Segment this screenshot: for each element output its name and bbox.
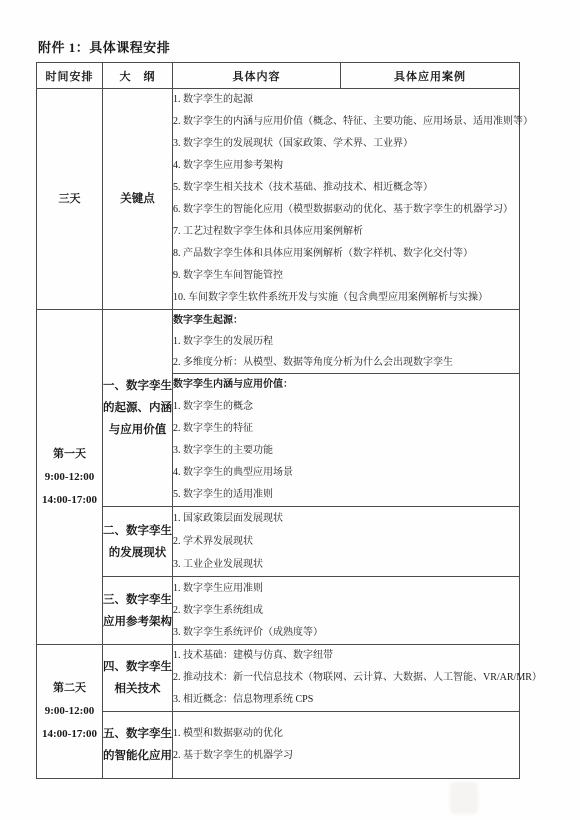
header-row: 时间安排 大 纲 具体内容 具体应用案例 (37, 63, 520, 89)
content-cell-technology: 1. 技术基础：建模与仿真、数字纽带 2. 推动技术：新一代信息技术（物联网、云… (173, 645, 520, 712)
content-item: 1. 数字孪生应用准则 (173, 578, 519, 600)
content-item: 3. 工业企业发展现状 (173, 553, 519, 576)
table-row: 三天 关键点 1. 数字孪生的起源 2. 数字孪生的内涵与应用价值（概念、特征、… (37, 89, 520, 310)
watermark (450, 782, 478, 814)
content-item: 4. 数字孪生的典型应用场景 (173, 462, 519, 484)
content-item: 1. 数字孪生的概念 (173, 396, 519, 418)
content-item: 2. 数字孪生系统组成 (173, 600, 519, 622)
content-item: 7. 工艺过程数字孪生体和具体应用案例解析 (173, 221, 519, 243)
outline-cell-intelligent-app: 五、数字孪生的智能化应用 (103, 712, 173, 779)
time-line: 14:00-17:00 (37, 489, 102, 512)
content-item: 1. 国家政策层面发展现状 (173, 507, 519, 530)
content-item: 8. 产品数字孪生体和具体应用案例解析（数字样机、数字化交付等） (173, 243, 519, 265)
content-cell-connotation: 数字孪生内涵与应用价值： 1. 数字孪生的概念 2. 数字孪生的特征 3. 数字… (173, 374, 520, 507)
time-cell-day1: 第一天 9:00-12:00 14:00-17:00 (37, 310, 103, 645)
page-title: 附件 1：具体课程安排 (38, 37, 170, 56)
content-item: 1. 技术基础：建模与仿真、数字纽带 (173, 645, 519, 667)
content-item: 3. 相近概念：信息物理系统 CPS (173, 689, 519, 711)
content-item: 10. 车间数字孪生软件系统开发与实施（包含典型应用案例解析与实操） (173, 287, 519, 309)
time-line: 三天 (37, 188, 102, 211)
content-item: 2. 基于数字孪生的机器学习 (173, 745, 519, 767)
col-header-time: 时间安排 (37, 63, 103, 89)
content-item: 3. 数字孪生系统评价（成熟度等） (173, 622, 519, 644)
content-cell-keypoints: 1. 数字孪生的起源 2. 数字孪生的内涵与应用价值（概念、特征、主要功能、应用… (173, 89, 520, 310)
time-line: 9:00-12:00 (37, 700, 102, 723)
content-item: 2. 多维度分析：从模型、数据等角度分析为什么会出现数字孪生 (173, 352, 519, 373)
content-item: 1. 数字孪生的起源 (173, 89, 519, 111)
content-item: 2. 数字孪生的内涵与应用价值（概念、特征、主要功能、应用场景、适用准则等） (173, 111, 519, 133)
outline-cell-keypoints: 关键点 (103, 89, 173, 310)
content-item: 1. 数字孪生的发展历程 (173, 331, 519, 352)
course-schedule-table: 时间安排 大 纲 具体内容 具体应用案例 三天 关键点 1. 数字孪生的起源 2… (36, 62, 520, 779)
time-cell-day2: 第二天 9:00-12:00 14:00-17:00 (37, 645, 103, 779)
content-cell-development: 1. 国家政策层面发展现状 2. 学术界发展现状 3. 工业企业发展现状 (173, 507, 520, 577)
content-item: 2. 数字孪生的特征 (173, 418, 519, 440)
time-line: 第一天 (37, 443, 102, 466)
content-cell-origin: 数字孪生起源： 1. 数字孪生的发展历程 2. 多维度分析：从模型、数据等角度分… (173, 310, 520, 374)
table-row: 第一天 9:00-12:00 14:00-17:00 一、数字孪生的起源、内涵与… (37, 310, 520, 374)
time-line: 14:00-17:00 (37, 723, 102, 746)
outline-cell-origin-value: 一、数字孪生的起源、内涵与应用价值 (103, 310, 173, 507)
outline-cell-technology: 四、数字孪生相关技术 (103, 645, 173, 712)
col-header-case: 具体应用案例 (341, 63, 520, 89)
content-cell-intelligent-app: 1. 模型和数据驱动的优化 2. 基于数字孪生的机器学习 (173, 712, 520, 779)
content-heading: 数字孪生起源： (173, 310, 519, 331)
content-item: 9. 数字孪生车间智能管控 (173, 265, 519, 287)
content-item: 3. 数字孪生的发展现状（国家政策、学术界、工业界） (173, 133, 519, 155)
content-item: 5. 数字孪生的适用准则 (173, 484, 519, 506)
content-item: 6. 数字孪生的智能化应用（模型数据驱动的优化、基于数字孪生的机器学习） (173, 199, 519, 221)
content-heading: 数字孪生内涵与应用价值： (173, 374, 519, 396)
document-page: 附件 1：具体课程安排 时间安排 大 纲 具体内容 具体应用案例 三天 关键点 … (0, 0, 580, 820)
table-row: 第二天 9:00-12:00 14:00-17:00 四、数字孪生相关技术 1.… (37, 645, 520, 712)
table-row: 三、数字孪生应用参考架构 1. 数字孪生应用准则 2. 数字孪生系统组成 3. … (37, 577, 520, 645)
content-item: 5. 数字孪生相关技术（技术基础、推动技术、相近概念等） (173, 177, 519, 199)
time-line: 9:00-12:00 (37, 466, 102, 489)
outline-cell-development: 二、数字孪生的发展现状 (103, 507, 173, 577)
outline-cell-architecture: 三、数字孪生应用参考架构 (103, 577, 173, 645)
table-row: 五、数字孪生的智能化应用 1. 模型和数据驱动的优化 2. 基于数字孪生的机器学… (37, 712, 520, 779)
content-item: 2. 推动技术：新一代信息技术（物联网、云计算、大数据、人工智能、VR/AR/M… (173, 667, 519, 689)
time-line: 第二天 (37, 677, 102, 700)
content-item: 2. 学术界发展现状 (173, 530, 519, 553)
col-header-content: 具体内容 (173, 63, 341, 89)
content-item: 4. 数字孪生应用参考架构 (173, 155, 519, 177)
time-cell-threedays: 三天 (37, 89, 103, 310)
table-row: 二、数字孪生的发展现状 1. 国家政策层面发展现状 2. 学术界发展现状 3. … (37, 507, 520, 577)
col-header-outline: 大 纲 (103, 63, 173, 89)
content-item: 1. 模型和数据驱动的优化 (173, 723, 519, 745)
content-item: 3. 数字孪生的主要功能 (173, 440, 519, 462)
content-cell-architecture: 1. 数字孪生应用准则 2. 数字孪生系统组成 3. 数字孪生系统评价（成熟度等… (173, 577, 520, 645)
